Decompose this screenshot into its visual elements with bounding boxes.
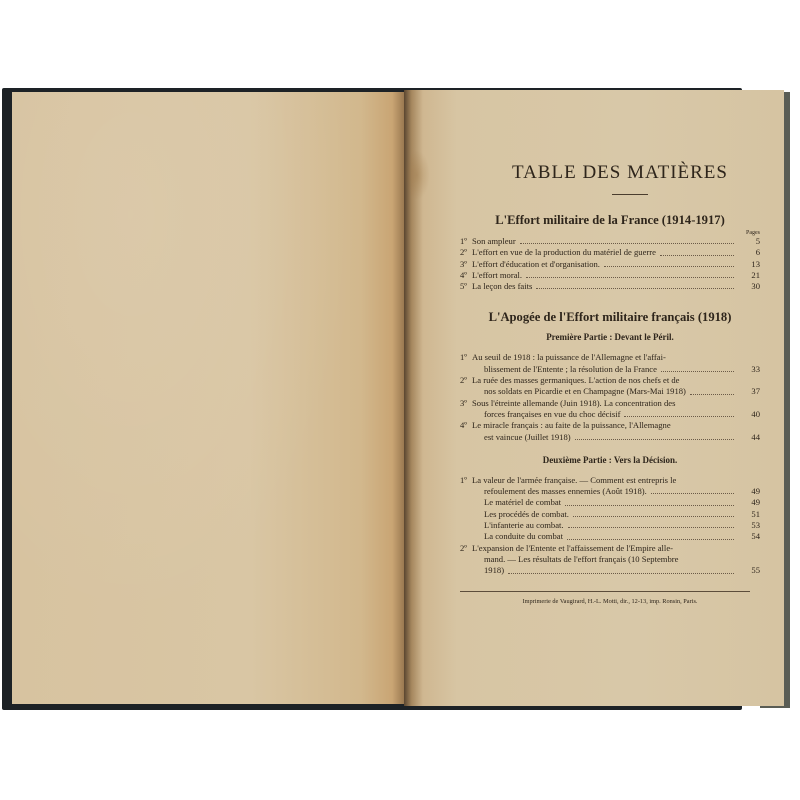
page-number: 13 [738, 259, 760, 270]
toc-entry-continuation: 1918)55 [460, 565, 760, 576]
page-number: 6 [738, 247, 760, 258]
dot-leader [536, 288, 734, 289]
entry-text: refoulement des masses ennemies (Août 19… [484, 486, 647, 497]
dot-leader [565, 505, 734, 506]
title-rule [612, 194, 648, 195]
toc-entry: 4ºL'effort moral.21 [460, 270, 760, 281]
entry-text: Les procédés de combat. [484, 509, 569, 520]
page-number: 37 [738, 386, 760, 397]
entry-text: mand. — Les résultats de l'effort frança… [472, 554, 760, 565]
entry-text: Le matériel de combat [484, 497, 561, 508]
paper-stain [404, 150, 430, 200]
entry-text: L'expansion de l'Entente et l'affaisseme… [472, 543, 760, 554]
section-title-1: L'Effort militaire de la France (1914-19… [460, 213, 760, 228]
entry-text: 1918) [484, 565, 504, 576]
entry-number: 1º [460, 352, 472, 363]
dot-leader [660, 255, 734, 256]
entry-number: 2º [460, 247, 472, 258]
page-number: 51 [738, 509, 760, 520]
part-2-entries: 1ºLa valeur de l'armée française. — Comm… [460, 475, 760, 577]
entry-text-wrap: 1918) [472, 565, 738, 576]
dot-leader [568, 527, 734, 528]
entry-text-wrap: L'infanterie au combat. [484, 520, 738, 531]
entry-text-wrap: blissement de l'Entente ; la résolution … [472, 364, 738, 375]
section-1-entries: 1ºSon ampleur52ºL'effort en vue de la pr… [460, 236, 760, 292]
dot-leader [567, 539, 734, 540]
entry-number: 4º [460, 420, 472, 431]
entry-number: 1º [460, 475, 472, 486]
dot-leader [526, 277, 734, 278]
toc-entry: 1ºSon ampleur5 [460, 236, 760, 247]
entry-text: L'effort moral. [472, 270, 522, 281]
part-1-entries: 1ºAu seuil de 1918 : la puissance de l'A… [460, 352, 760, 442]
toc-entry: 1ºLa valeur de l'armée française. — Comm… [460, 475, 760, 486]
entry-text: blissement de l'Entente ; la résolution … [484, 364, 657, 375]
toc-entry: 1ºAu seuil de 1918 : la puissance de l'A… [460, 352, 760, 363]
entry-text: La ruée des masses germaniques. L'action… [472, 375, 760, 386]
toc-entry-continuation: forces françaises en vue du choc décisif… [460, 409, 760, 420]
dot-leader [604, 266, 734, 267]
page-number: 30 [738, 281, 760, 292]
entry-text: Sous l'étreinte allemande (Juin 1918). L… [472, 398, 760, 409]
toc-entry-continuation: refoulement des masses ennemies (Août 19… [460, 486, 760, 497]
page-number: 49 [738, 486, 760, 497]
toc-entry: 2ºL'expansion de l'Entente et l'affaisse… [460, 543, 760, 554]
toc-entry: La conduite du combat54 [460, 531, 760, 542]
entry-text: La conduite du combat [484, 531, 563, 542]
dot-leader [575, 439, 734, 440]
entry-text-wrap: L'effort en vue de la production du maté… [472, 247, 738, 258]
toc-entry: L'infanterie au combat.53 [460, 520, 760, 531]
entry-text: nos soldats en Picardie et en Champagne … [484, 386, 686, 397]
entry-text-wrap: La conduite du combat [484, 531, 738, 542]
page-number: 5 [738, 236, 760, 247]
toc-entry: Les procédés de combat.51 [460, 509, 760, 520]
entry-text: est vaincue (Juillet 1918) [484, 432, 571, 443]
toc-entry: 5ºLa leçon des faits30 [460, 281, 760, 292]
section-title-2: L'Apogée de l'Effort militaire français … [460, 310, 760, 325]
page-number: 33 [738, 364, 760, 375]
part-title-2: Deuxième Partie : Vers la Décision. [460, 455, 760, 465]
dot-leader [690, 394, 734, 395]
footer-rule [460, 591, 750, 592]
toc-title: TABLE DES MATIÈRES [480, 162, 760, 184]
page-number: 54 [738, 531, 760, 542]
entry-text: Son ampleur [472, 236, 516, 247]
page-number: 44 [738, 432, 760, 443]
entry-text: Au seuil de 1918 : la puissance de l'All… [472, 352, 760, 363]
toc-entry-continuation: mand. — Les résultats de l'effort frança… [460, 554, 760, 565]
entry-text-wrap: La leçon des faits [472, 281, 738, 292]
entry-text: L'effort d'éducation et d'organisation. [472, 259, 600, 270]
dot-leader [651, 493, 734, 494]
page-number: 53 [738, 520, 760, 531]
right-page: TABLE DES MATIÈRES L'Effort militaire de… [404, 90, 784, 706]
dot-leader [508, 573, 734, 574]
entry-number: 3º [460, 259, 472, 270]
entry-text: forces françaises en vue du choc décisif [484, 409, 620, 420]
dot-leader [624, 416, 734, 417]
page-number: 40 [738, 409, 760, 420]
table-of-contents: TABLE DES MATIÈRES L'Effort militaire de… [460, 162, 760, 605]
entry-number: 2º [460, 375, 472, 386]
part-title-1: Première Partie : Devant le Péril. [460, 332, 760, 342]
entry-text: La leçon des faits [472, 281, 532, 292]
entry-text-wrap: Les procédés de combat. [484, 509, 738, 520]
entry-text: L'effort en vue de la production du maté… [472, 247, 656, 258]
dot-leader [661, 371, 734, 372]
entry-number: 5º [460, 281, 472, 292]
toc-entry: 2ºLa ruée des masses germaniques. L'acti… [460, 375, 760, 386]
entry-text: Le miracle français : au faite de la pui… [472, 420, 760, 431]
page-number: 49 [738, 497, 760, 508]
entry-text: La valeur de l'armée française. — Commen… [472, 475, 760, 486]
entry-text-wrap: refoulement des masses ennemies (Août 19… [472, 486, 738, 497]
entry-number: 4º [460, 270, 472, 281]
page-number: 21 [738, 270, 760, 281]
toc-entry-continuation: est vaincue (Juillet 1918)44 [460, 432, 760, 443]
entry-text-wrap: L'effort d'éducation et d'organisation. [472, 259, 738, 270]
imprint: Imprimerie de Vaugirard, H.-L. Motti, di… [460, 598, 760, 605]
entry-text-wrap: Le matériel de combat [484, 497, 738, 508]
toc-entry: 4ºLe miracle français : au faite de la p… [460, 420, 760, 431]
entry-number: 2º [460, 543, 472, 554]
entry-number: 3º [460, 398, 472, 409]
entry-text-wrap: nos soldats en Picardie et en Champagne … [472, 386, 738, 397]
toc-entry: 3ºL'effort d'éducation et d'organisation… [460, 259, 760, 270]
entry-text-wrap: Son ampleur [472, 236, 738, 247]
page-number: 55 [738, 565, 760, 576]
entry-text-wrap: est vaincue (Juillet 1918) [472, 432, 738, 443]
entry-text-wrap: L'effort moral. [472, 270, 738, 281]
entry-text: L'infanterie au combat. [484, 520, 564, 531]
left-page-blank [12, 92, 408, 704]
toc-entry-continuation: nos soldats en Picardie et en Champagne … [460, 386, 760, 397]
dot-leader [520, 243, 734, 244]
toc-entry-continuation: blissement de l'Entente ; la résolution … [460, 364, 760, 375]
toc-entry: 3ºSous l'étreinte allemande (Juin 1918).… [460, 398, 760, 409]
entry-text-wrap: forces françaises en vue du choc décisif [472, 409, 738, 420]
dot-leader [573, 516, 734, 517]
toc-entry: Le matériel de combat49 [460, 497, 760, 508]
toc-entry: 2ºL'effort en vue de la production du ma… [460, 247, 760, 258]
entry-number: 1º [460, 236, 472, 247]
